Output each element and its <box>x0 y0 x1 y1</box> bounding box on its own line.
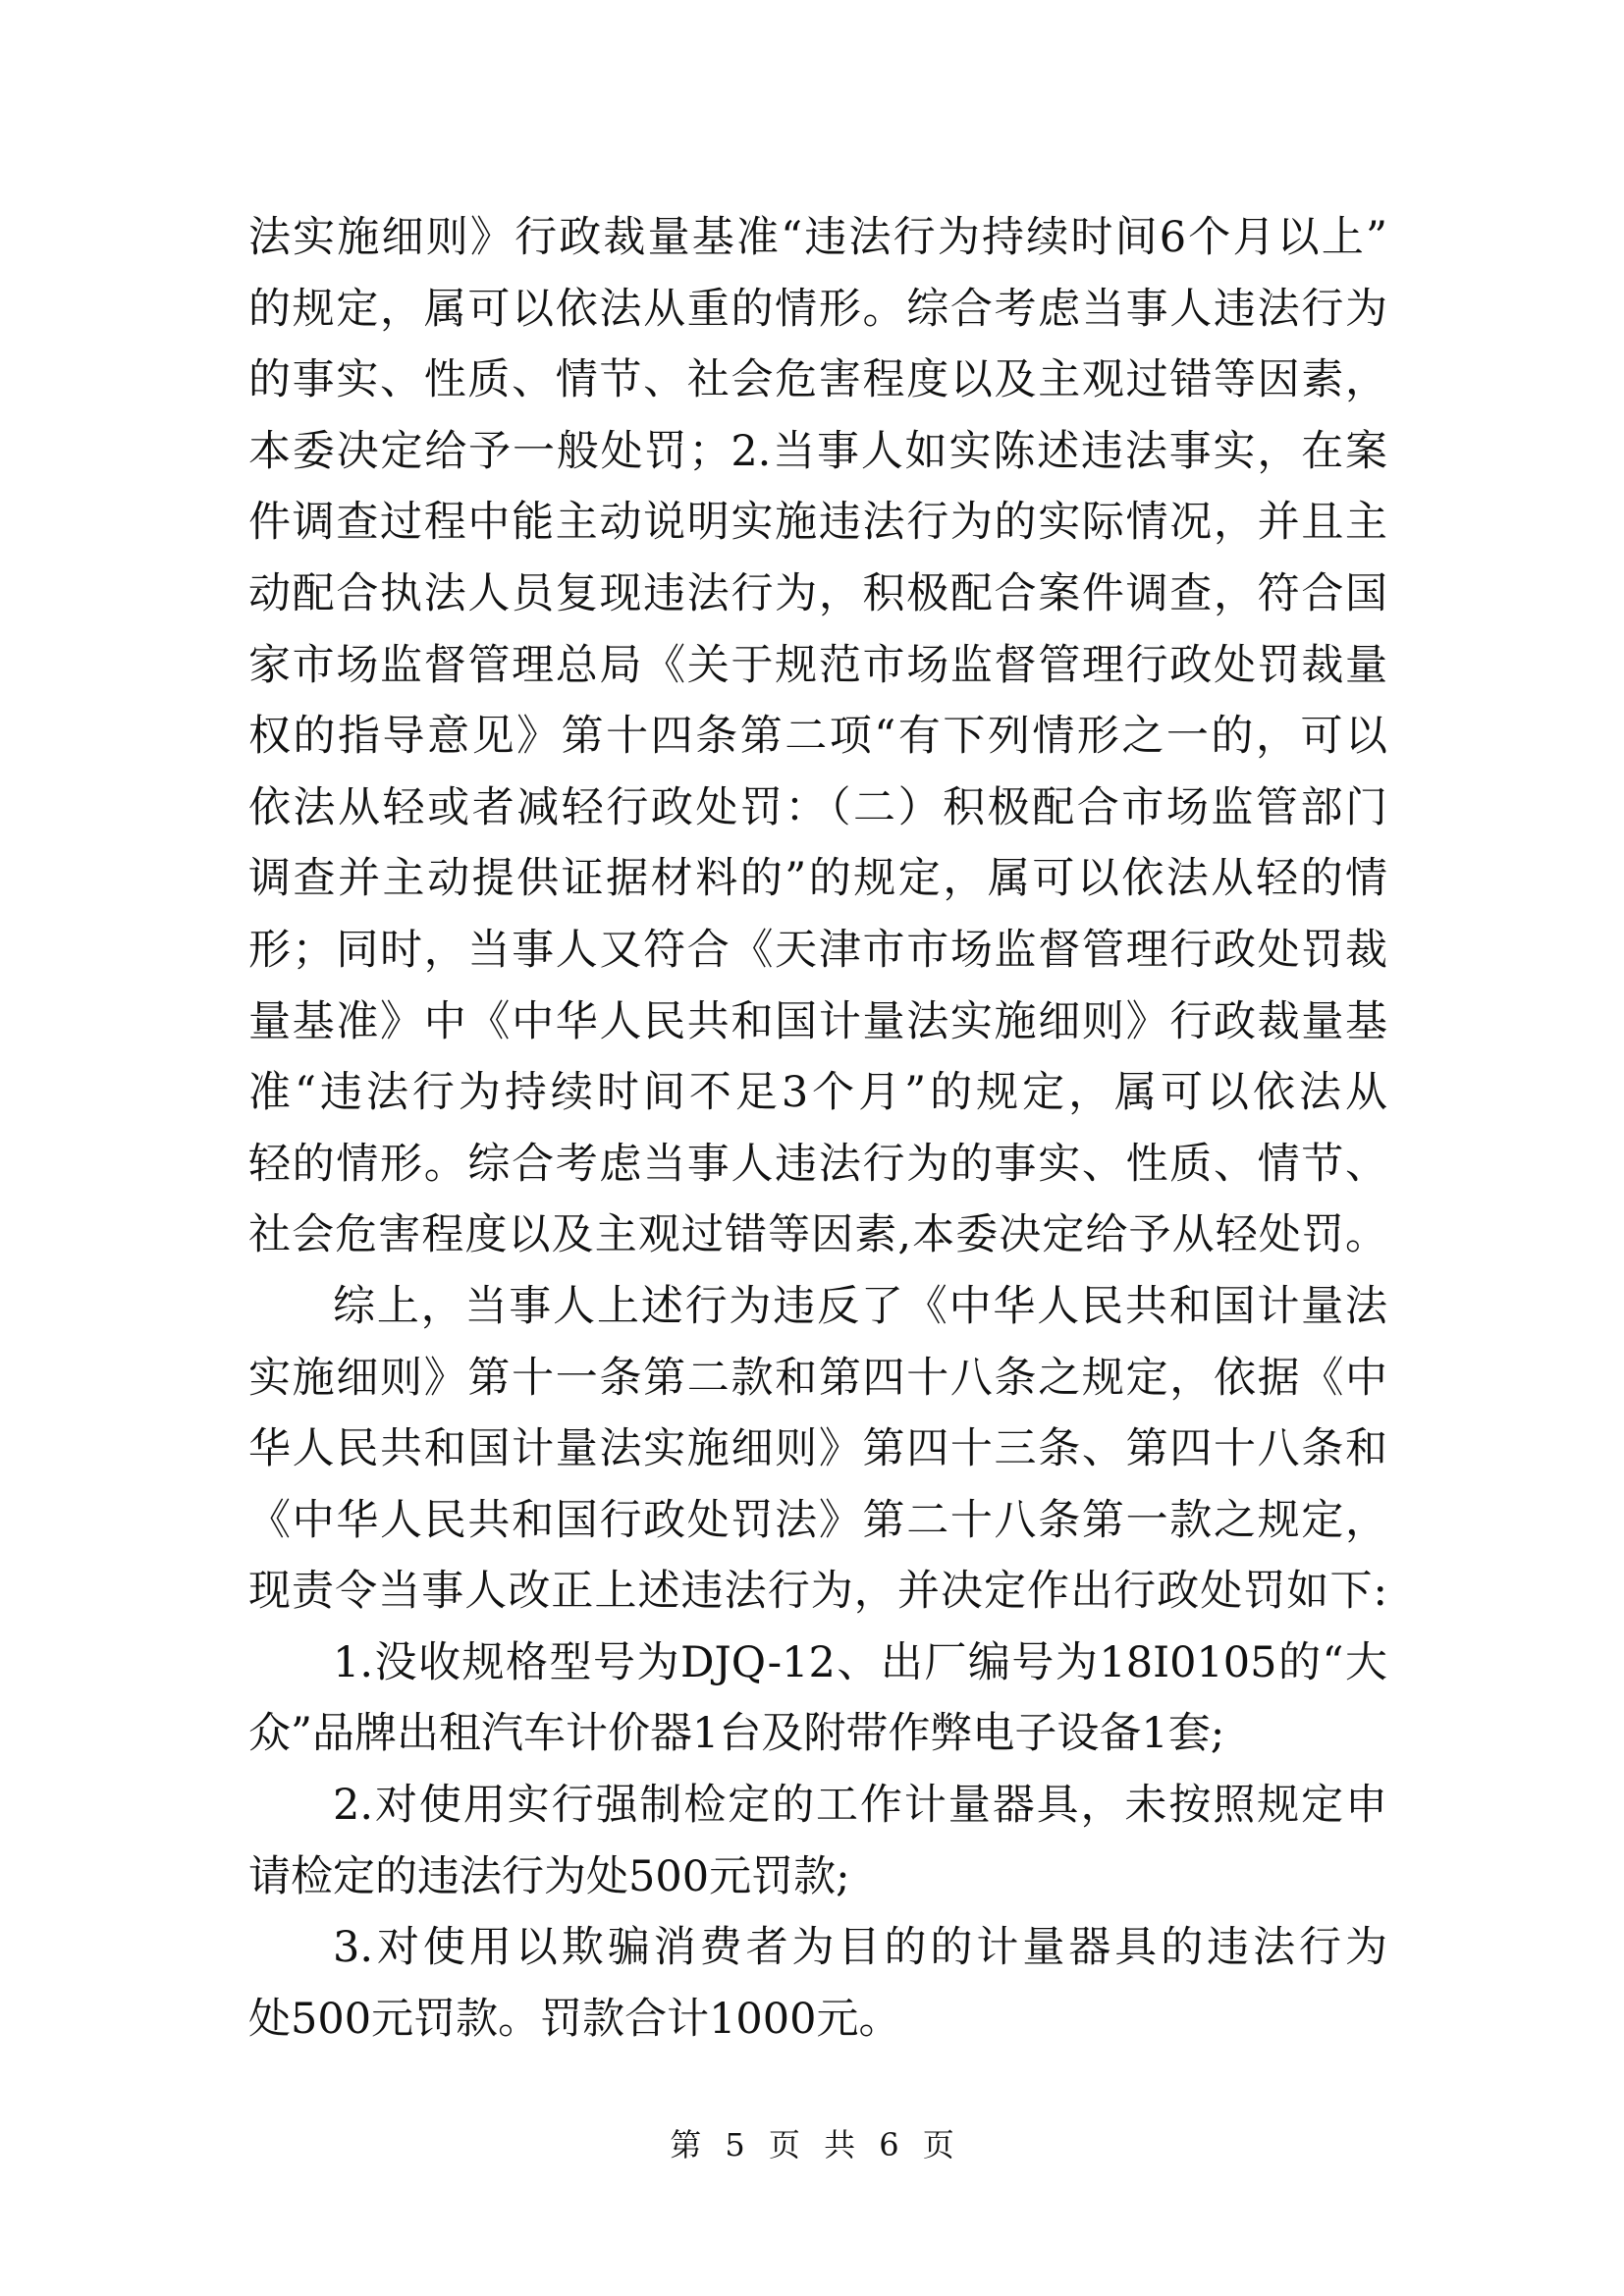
text-line: 依法从轻或者减轻行政处罚：（二）积极配合市场监管部门 <box>248 780 1387 852</box>
text-line: 轻的情形。综合考虑当事人违法行为的事实、性质、情节、 <box>248 1137 1387 1208</box>
text-line: 量基准》中《中华人民共和国计量法实施细则》行政裁量基 <box>248 994 1387 1066</box>
document-page: 法实施细则》行政裁量基准“违法行为持续时间6个月以上” 的规定，属可以依法从重的… <box>0 0 1624 2296</box>
text-line: 形；同时，当事人又符合《天津市市场监督管理行政处罚裁 <box>248 923 1387 994</box>
penalty-item-1-line: 1.没收规格型号为DJQ-12、出厂编号为18I0105的“大 <box>248 1635 1387 1707</box>
text-line: 本委决定给予一般处罚；2.当事人如实陈述违法事实，在案 <box>248 424 1387 496</box>
penalty-item-3-line: 3.对使用以欺骗消费者为目的的计量器具的违法行为 <box>248 1920 1387 1992</box>
text-line: 社会危害程度以及主观过错等因素,本委决定给予从轻处罚。 <box>248 1207 1387 1279</box>
text-line: 动配合执法人员复现违法行为，积极配合案件调查，符合国 <box>248 566 1387 638</box>
text-line: 的事实、性质、情节、社会危害程度以及主观过错等因素， <box>248 352 1387 424</box>
paragraph-start-line: 综上，当事人上述行为违反了《中华人民共和国计量法 <box>248 1279 1387 1351</box>
text-line: 家市场监督管理总局《关于规范市场监督管理行政处罚裁量 <box>248 638 1387 710</box>
page-number-footer: 第 5 页 共 6 页 <box>0 2120 1624 2165</box>
text-line: 的规定，属可以依法从重的情形。综合考虑当事人违法行为 <box>248 282 1387 353</box>
penalty-item-2-line: 请检定的违法行为处500元罚款; <box>248 1849 1387 1921</box>
text-line: 现责令当事人改正上述违法行为，并决定作出行政处罚如下: <box>248 1564 1387 1635</box>
text-line: 件调查过程中能主动说明实施违法行为的实际情况，并且主 <box>248 495 1387 566</box>
text-line: 《中华人民共和国行政处罚法》第二十八条第一款之规定， <box>248 1493 1387 1565</box>
penalty-item-1-line: 众”品牌出租汽车计价器1台及附带作弊电子设备1套; <box>248 1706 1387 1778</box>
text-line: 法实施细则》行政裁量基准“违法行为持续时间6个月以上” <box>248 210 1387 282</box>
text-line: 权的指导意见》第十四条第二项“有下列情形之一的，可以 <box>248 709 1387 780</box>
text-line: 调查并主动提供证据材料的”的规定，属可以依法从轻的情 <box>248 851 1387 923</box>
penalty-item-3-line: 处500元罚款。罚款合计1000元。 <box>248 1992 1387 2063</box>
text-line: 华人民共和国计量法实施细则》第四十三条、第四十八条和 <box>248 1421 1387 1493</box>
penalty-item-2-line: 2.对使用实行强制检定的工作计量器具，未按照规定申 <box>248 1778 1387 1849</box>
text-line: 准“违法行为持续时间不足3个月”的规定，属可以依法从 <box>248 1065 1387 1137</box>
text-line: 实施细则》第十一条第二款和第四十八条之规定，依据《中 <box>248 1351 1387 1422</box>
document-body: 法实施细则》行政裁量基准“违法行为持续时间6个月以上” 的规定，属可以依法从重的… <box>248 210 1387 2062</box>
